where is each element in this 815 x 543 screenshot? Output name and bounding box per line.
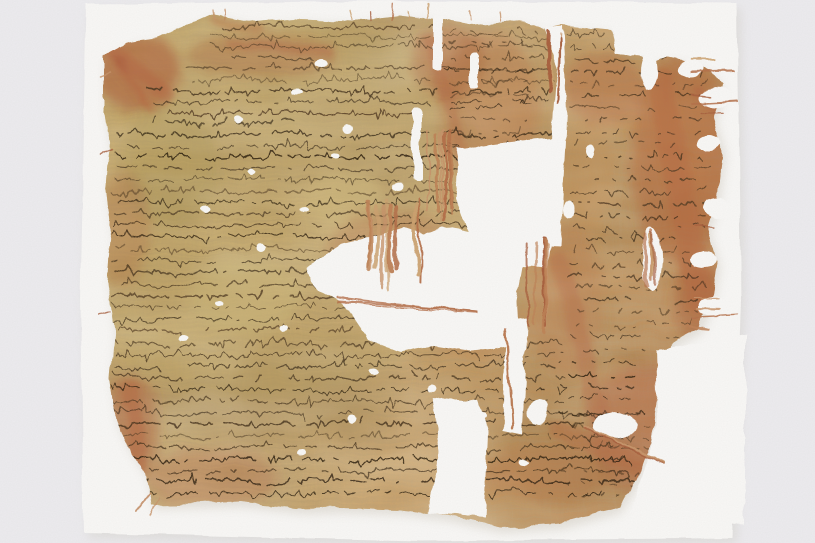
papyrus-photo-svg [0,0,815,543]
papyrus-photograph: Photograph of a large damaged ancient pa… [0,0,815,543]
photo-grain [0,0,815,543]
